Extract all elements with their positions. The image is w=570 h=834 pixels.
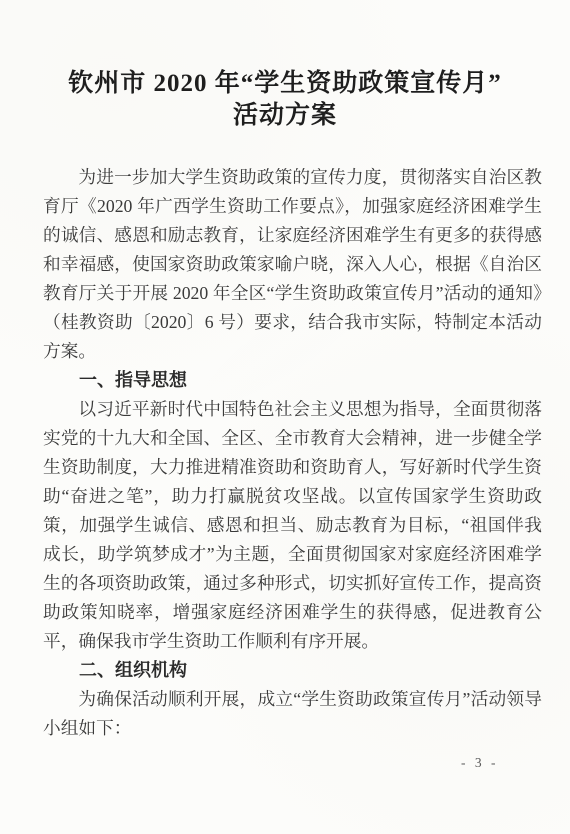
document-title-line1: 钦州市 2020 年“学生资助政策宣传月” (68, 70, 502, 97)
document-title: 钦州市 2020 年“学生资助政策宣传月” 活动方案 (0, 68, 570, 132)
page-number: - 3 - (461, 755, 499, 771)
body-paragraph: 为确保活动顺利开展，成立“学生资助政策宣传月”活动领导小组如下： (43, 685, 542, 743)
section-heading: 一、指导思想 (43, 366, 542, 395)
body-paragraph: 为进一步加大学生资助政策的宣传力度，贯彻落实自治区教育厅《2020 年广西学生资… (43, 163, 542, 366)
section-heading: 二、组织机构 (43, 656, 542, 685)
document-title-line2: 活动方案 (233, 102, 337, 129)
body-paragraph: 以习近平新时代中国特色社会主义思想为指导，全面贯彻落实党的十九大和全国、全区、全… (43, 395, 542, 656)
document-body: 为进一步加大学生资助政策的宣传力度，贯彻落实自治区教育厅《2020 年广西学生资… (43, 163, 542, 743)
